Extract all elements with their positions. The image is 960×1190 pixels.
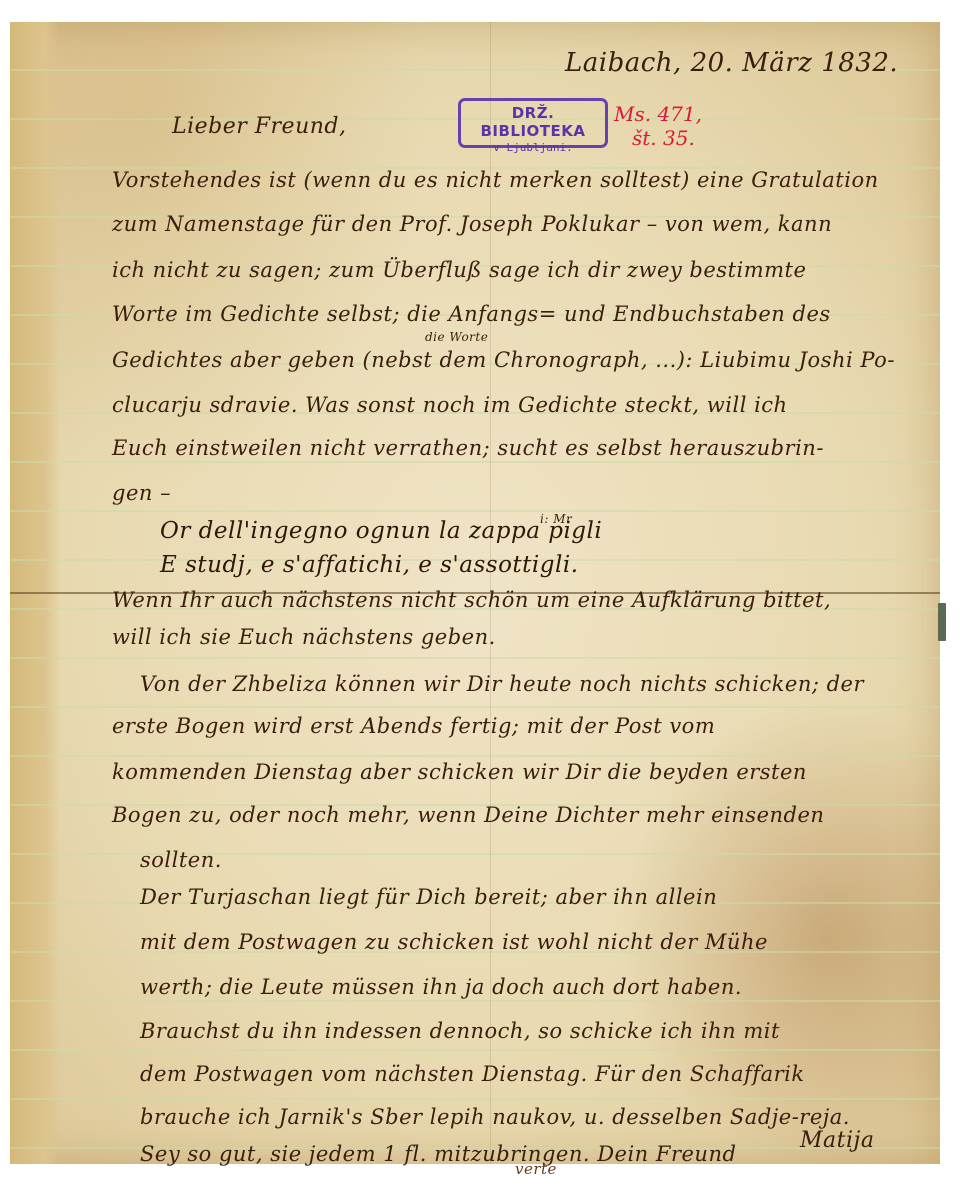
letter-line: Von der Zhbeliza können wir Dir heute no… (140, 672, 864, 696)
letter-line: gen – (112, 481, 171, 505)
interlinear-note: i: Mr (540, 512, 572, 526)
verte-note: verte (515, 1160, 557, 1178)
verse-line: E studj, e s'affatichi, e s'assottigli. (160, 552, 579, 578)
interlinear-note: die Worte (425, 330, 488, 344)
letter-line: brauche ich Jarnik's Sber lepih naukov, … (140, 1105, 850, 1129)
letter-line: Brauchst du ihn indessen dennoch, so sch… (140, 1019, 780, 1043)
letter-line: dem Postwagen vom nächsten Dienstag. Für… (140, 1062, 805, 1086)
letter-line: Euch einstweilen nicht verrathen; sucht … (112, 436, 824, 460)
letter-line: Gedichtes aber geben (nebst dem Chronogr… (112, 348, 895, 372)
letter-line: Vorstehendes ist (wenn du es nicht merke… (112, 168, 879, 192)
stamp-line-1: DRŽ. BIBLIOTEKA (461, 104, 605, 140)
shelfmark-line-2: št. 35. (632, 126, 695, 150)
letter-line: kommenden Dienstag aber schicken wir Dir… (112, 760, 807, 784)
place-date: Laibach, 20. März 1832. (565, 48, 898, 78)
letter-line: mit dem Postwagen zu schicken ist wohl n… (140, 930, 768, 954)
letter-line: Bogen zu, oder noch mehr, wenn Deine Dic… (112, 803, 824, 827)
salutation: Lieber Freund, (172, 114, 347, 139)
letter-line: Der Turjaschan liegt für Dich bereit; ab… (140, 885, 717, 909)
letter-line: clucarju sdravie. Was sonst noch im Gedi… (112, 393, 788, 417)
stamp-line-2: v Ljubljani. (461, 141, 605, 154)
letter-line: zum Namenstage für den Prof. Joseph Pokl… (112, 212, 832, 236)
signature: Matija (800, 1128, 874, 1153)
shelfmark-line-1: Ms. 471, (614, 102, 702, 126)
verse-line: Or dell'ingegno ognun la zappa pigli (160, 518, 602, 544)
letter-line: Wenn Ihr auch nächstens nicht schön um e… (112, 588, 831, 612)
letter-line: Sey so gut, sie jedem 1 fl. mitzubringen… (140, 1142, 736, 1166)
letter-line: Worte im Gedichte selbst; die Anfangs= u… (112, 302, 831, 326)
library-stamp: DRŽ. BIBLIOTEKA v Ljubljani. (458, 98, 608, 148)
letter-line: erste Bogen wird erst Abends fertig; mit… (112, 714, 715, 738)
letter-line: will ich sie Euch nächstens geben. (112, 625, 496, 649)
letter-line: ich nicht zu sagen; zum Überfluß sage ic… (112, 258, 806, 282)
letter-line: werth; die Leute müssen ihn ja doch auch… (140, 975, 742, 999)
letter-line: sollten. (140, 848, 222, 872)
binding-tab-fragment (938, 603, 946, 641)
